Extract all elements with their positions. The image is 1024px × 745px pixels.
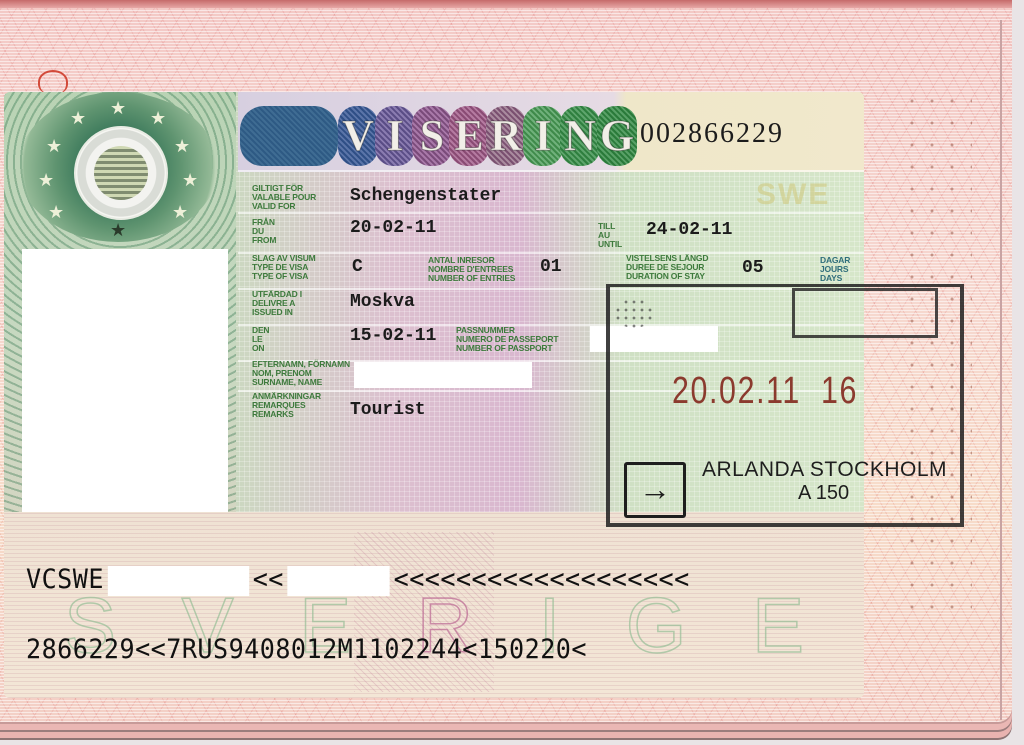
page-top-edge: [0, 0, 1012, 8]
arrow-right-icon: →: [624, 462, 686, 518]
stamp-date: 20.02.11 16: [672, 370, 858, 413]
label-valid-for: GILTIGT FÖR VALABLE POUR VALID FOR: [252, 184, 316, 211]
value-until: 24-02-11: [646, 220, 732, 240]
globe-hologram-icon: [74, 126, 168, 220]
row-divider: [238, 252, 864, 254]
stamp-code: A 150: [798, 482, 849, 505]
stamp-transport-box: [792, 288, 938, 338]
value-remarks: Tourist: [350, 400, 426, 420]
surname-name-redacted: [354, 362, 532, 388]
security-logo-icon: [240, 106, 338, 166]
label-issued-on: DEN LE ON: [252, 326, 269, 353]
page-edge: [1000, 20, 1002, 720]
label-from: FRÅN DU FROM: [252, 218, 276, 245]
visa-title: V I S E R I N G: [338, 106, 634, 168]
value-issued-in: Moskva: [350, 292, 415, 312]
row-divider: [238, 170, 864, 172]
security-swirl-icon: [38, 70, 68, 94]
entry-stamp: 20.02.11 16 → ARLANDA STOCKHOLM A 150: [600, 262, 962, 522]
visa-number: 002866229: [640, 118, 784, 150]
mrz-name-redacted: [108, 566, 249, 596]
label-until: TILL AU UNTIL: [598, 222, 622, 249]
label-passport-number: PASSNUMMER NUMERO DE PASSEPORT NUMBER OF…: [456, 326, 558, 353]
label-type-of-visa: SLAG AV VISUM TYPE DE VISA TYPE OF VISA: [252, 254, 316, 281]
label-issued-in: UTFÄRDAD I DELIVRE A ISSUED IN: [252, 290, 302, 317]
country-code-watermark: SWE: [756, 178, 830, 212]
holder-photo-redacted: [22, 249, 228, 529]
row-divider: [238, 212, 864, 214]
label-surname-name: EFTERNAMN, FÖRNAMN NOM, PRENOM SURNAME, …: [252, 360, 350, 387]
mrz-line-1: VCSWE<<<<<<<<<<<<<<<<<<<<<: [26, 564, 690, 596]
mrz-given-name-redacted: [288, 566, 390, 596]
mrz-zone: S V E R I G E VCSWE<<<<<<<<<<<<<<<<<<<<<…: [4, 512, 864, 698]
stamp-place: ARLANDA STOCKHOLM: [702, 458, 947, 482]
value-issued-on: 15-02-11: [350, 326, 436, 346]
value-number-of-entries: 01: [540, 257, 562, 277]
value-valid-for: Schengenstater: [350, 186, 501, 206]
value-type-of-visa: C: [352, 257, 363, 277]
value-from: 20-02-11: [350, 218, 436, 238]
label-remarks: ANMÄRKNINGAR REMARQUES REMARKS: [252, 392, 321, 419]
stamp-se-emblem-icon: [614, 298, 654, 328]
label-number-of-entries: ANTAL INRESOR NOMBRE D'ENTREES NUMBER OF…: [428, 256, 515, 283]
mrz-line-2: 2866229<<7RUS9408012M1102244<150220<: [26, 634, 587, 665]
